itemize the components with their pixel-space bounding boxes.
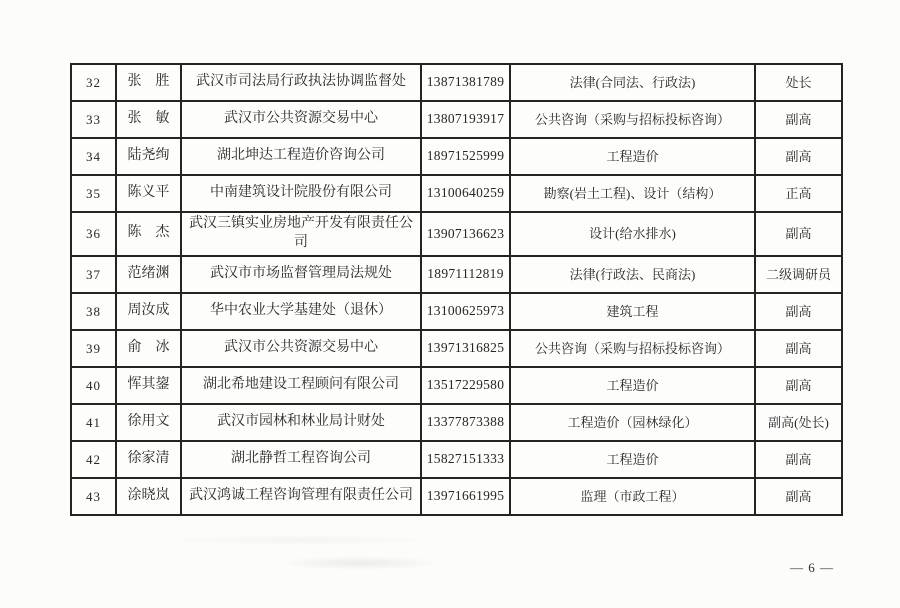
cell-title: 副高 [755,441,842,478]
cell-number: 36 [71,212,116,256]
cell-phone: 13971661995 [421,478,510,515]
cell-number: 35 [71,175,116,212]
cell-title: 副高 [755,212,842,256]
cell-name: 俞 冰 [116,330,181,367]
cell-organization: 武汉市公共资源交易中心 [181,330,421,367]
cell-specialty: 工程造价 [510,441,755,478]
cell-name: 张 敏 [116,101,181,138]
document-page: 32 张 胜 武汉市司法局行政执法协调监督处 13871381789 法律(合同… [0,0,900,608]
cell-title: 副高 [755,367,842,404]
cell-phone: 13100640259 [421,175,510,212]
cell-specialty: 公共咨询（采购与招标投标咨询） [510,101,755,138]
cell-title: 二级调研员 [755,256,842,293]
cell-name: 陆尧绚 [116,138,181,175]
table-row: 39 俞 冰 武汉市公共资源交易中心 13971316825 公共咨询（采购与招… [71,330,842,367]
cell-number: 42 [71,441,116,478]
cell-specialty: 工程造价 [510,367,755,404]
cell-title: 副高 [755,293,842,330]
cell-phone: 13100625973 [421,293,510,330]
cell-number: 43 [71,478,116,515]
cell-number: 38 [71,293,116,330]
table-row: 33 张 敏 武汉市公共资源交易中心 13807193917 公共咨询（采购与招… [71,101,842,138]
cell-specialty: 法律(行政法、民商法) [510,256,755,293]
cell-specialty: 建筑工程 [510,293,755,330]
cell-title: 副高(处长) [755,404,842,441]
cell-phone: 13517229580 [421,367,510,404]
cell-phone: 13907136623 [421,212,510,256]
cell-phone: 13871381789 [421,64,510,101]
table-row: 35 陈义平 中南建筑设计院股份有限公司 13100640259 勘察(岩土工程… [71,175,842,212]
table-row: 34 陆尧绚 湖北坤达工程造价咨询公司 18971525999 工程造价 副高 [71,138,842,175]
cell-organization: 武汉鸿诚工程咨询管理有限责任公司 [181,478,421,515]
table-row: 40 恽其鋆 湖北希地建设工程顾问有限公司 13517229580 工程造价 副… [71,367,842,404]
cell-phone: 18971525999 [421,138,510,175]
cell-name: 陈义平 [116,175,181,212]
cell-title: 副高 [755,138,842,175]
cell-name: 张 胜 [116,64,181,101]
cell-name: 周汝成 [116,293,181,330]
cell-organization: 湖北坤达工程造价咨询公司 [181,138,421,175]
cell-title: 正高 [755,175,842,212]
cell-number: 37 [71,256,116,293]
roster-table: 32 张 胜 武汉市司法局行政执法协调监督处 13871381789 法律(合同… [70,63,843,516]
cell-name: 范绪渊 [116,256,181,293]
cell-organization: 武汉三镇实业房地产开发有限责任公司 [181,212,421,256]
cell-title: 副高 [755,478,842,515]
cell-specialty: 设计(给水排水) [510,212,755,256]
page-number: — 6 — [790,560,834,576]
cell-number: 32 [71,64,116,101]
table-row: 32 张 胜 武汉市司法局行政执法协调监督处 13871381789 法律(合同… [71,64,842,101]
cell-title: 副高 [755,330,842,367]
cell-organization: 武汉市市场监督管理局法规处 [181,256,421,293]
table-row: 41 徐用文 武汉市园林和林业局计财处 13377873388 工程造价（园林绿… [71,404,842,441]
cell-phone: 15827151333 [421,441,510,478]
table-row: 37 范绪渊 武汉市市场监督管理局法规处 18971112819 法律(行政法、… [71,256,842,293]
cell-organization: 武汉市司法局行政执法协调监督处 [181,64,421,101]
cell-number: 34 [71,138,116,175]
cell-organization: 武汉市园林和林业局计财处 [181,404,421,441]
cell-title: 处长 [755,64,842,101]
table-row: 42 徐家清 湖北静哲工程咨询公司 15827151333 工程造价 副高 [71,441,842,478]
cell-organization: 湖北静哲工程咨询公司 [181,441,421,478]
cell-phone: 13377873388 [421,404,510,441]
cell-specialty: 勘察(岩土工程)、设计（结构） [510,175,755,212]
cell-organization: 武汉市公共资源交易中心 [181,101,421,138]
cell-phone: 13807193917 [421,101,510,138]
cell-name: 徐用文 [116,404,181,441]
cell-specialty: 公共咨询（采购与招标投标咨询） [510,330,755,367]
cell-organization: 湖北希地建设工程顾问有限公司 [181,367,421,404]
cell-phone: 13971316825 [421,330,510,367]
table-row: 43 涂晓岚 武汉鸿诚工程咨询管理有限责任公司 13971661995 监理（市… [71,478,842,515]
cell-number: 40 [71,367,116,404]
cell-specialty: 监理（市政工程） [510,478,755,515]
cell-specialty: 工程造价 [510,138,755,175]
cell-title: 副高 [755,101,842,138]
cell-specialty: 工程造价（园林绿化） [510,404,755,441]
roster-table-body: 32 张 胜 武汉市司法局行政执法协调监督处 13871381789 法律(合同… [71,64,842,515]
table-row: 36 陈 杰 武汉三镇实业房地产开发有限责任公司 13907136623 设计(… [71,212,842,256]
cell-name: 恽其鋆 [116,367,181,404]
cell-organization: 华中农业大学基建处（退休） [181,293,421,330]
table-row: 38 周汝成 华中农业大学基建处（退休） 13100625973 建筑工程 副高 [71,293,842,330]
cell-number: 39 [71,330,116,367]
cell-specialty: 法律(合同法、行政法) [510,64,755,101]
cell-number: 33 [71,101,116,138]
cell-name: 徐家清 [116,441,181,478]
cell-phone: 18971112819 [421,256,510,293]
cell-organization: 中南建筑设计院股份有限公司 [181,175,421,212]
cell-number: 41 [71,404,116,441]
cell-name: 陈 杰 [116,212,181,256]
cell-name: 涂晓岚 [116,478,181,515]
